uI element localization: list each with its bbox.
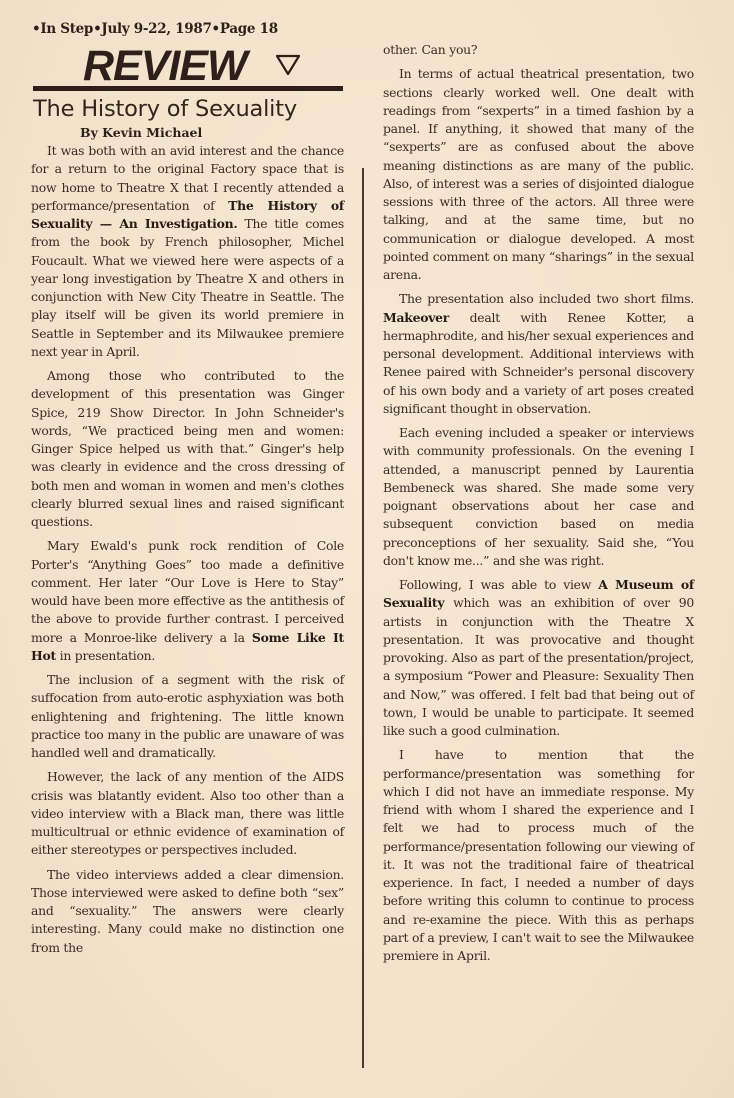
- paragraph-text: However, the lack of any mention of the …: [31, 769, 344, 857]
- paragraph: It was both with an avid interest and th…: [31, 142, 344, 361]
- header-rule: [33, 86, 343, 91]
- paragraph: I have to mention that the performance/p…: [383, 746, 694, 965]
- paragraph: Mary Ewald's punk rock rendition of Cole…: [31, 537, 344, 665]
- column-divider: [362, 168, 364, 1068]
- newspaper-page: •In Step•July 9-22, 1987•Page 18 REVIEW …: [0, 0, 734, 1098]
- paragraph: Following, I was able to view A Museum o…: [383, 576, 694, 740]
- paragraph: Each evening included a speaker or inter…: [383, 424, 694, 570]
- paragraph-text: I have to mention that the performance/p…: [383, 747, 694, 963]
- paragraph-text: Following, I was able to view: [399, 577, 598, 592]
- paragraph-text: Each evening included a speaker or inter…: [383, 425, 694, 568]
- triangle-down-outline-icon: [275, 54, 301, 76]
- paragraph: The video interviews added a clear dimen…: [31, 866, 344, 957]
- paragraph-text: dealt with Renee Kotter, a hermaphrodite…: [383, 310, 694, 416]
- article-column-left: It was both with an avid interest and th…: [31, 142, 344, 963]
- paragraph: In terms of actual theatrical presentati…: [383, 65, 694, 284]
- paragraph-text: The title comes from the book by French …: [31, 216, 344, 359]
- byline: By Kevin Michael: [80, 125, 202, 140]
- paragraph-text: The video interviews added a clear dimen…: [31, 867, 344, 955]
- paragraph-text: The presentation also included two short…: [399, 291, 694, 306]
- paragraph: The inclusion of a segment with the risk…: [31, 671, 344, 762]
- section-header: REVIEW: [33, 44, 343, 96]
- section-title: REVIEW: [83, 42, 247, 90]
- article-column-right: other. Can you?In terms of actual theatr…: [383, 41, 694, 971]
- paragraph: The presentation also included two short…: [383, 290, 694, 418]
- paragraph: other. Can you?: [383, 41, 694, 59]
- dateline: •In Step•July 9-22, 1987•Page 18: [32, 21, 278, 37]
- paragraph-text: The inclusion of a segment with the risk…: [31, 672, 344, 760]
- article-title: The History of Sexuality: [33, 96, 353, 122]
- paragraph: Among those who contributed to the devel…: [31, 367, 344, 531]
- paragraph-text: in presentation.: [56, 648, 155, 663]
- paragraph-text: which was an exhibition of over 90 artis…: [383, 595, 694, 738]
- paragraph-text: Among those who contributed to the devel…: [31, 368, 344, 529]
- paragraph-text: In terms of actual theatrical presentati…: [383, 66, 694, 282]
- paragraph: However, the lack of any mention of the …: [31, 768, 344, 859]
- bold-title-text: Makeover: [383, 310, 449, 325]
- paragraph-text: other. Can you?: [383, 42, 477, 57]
